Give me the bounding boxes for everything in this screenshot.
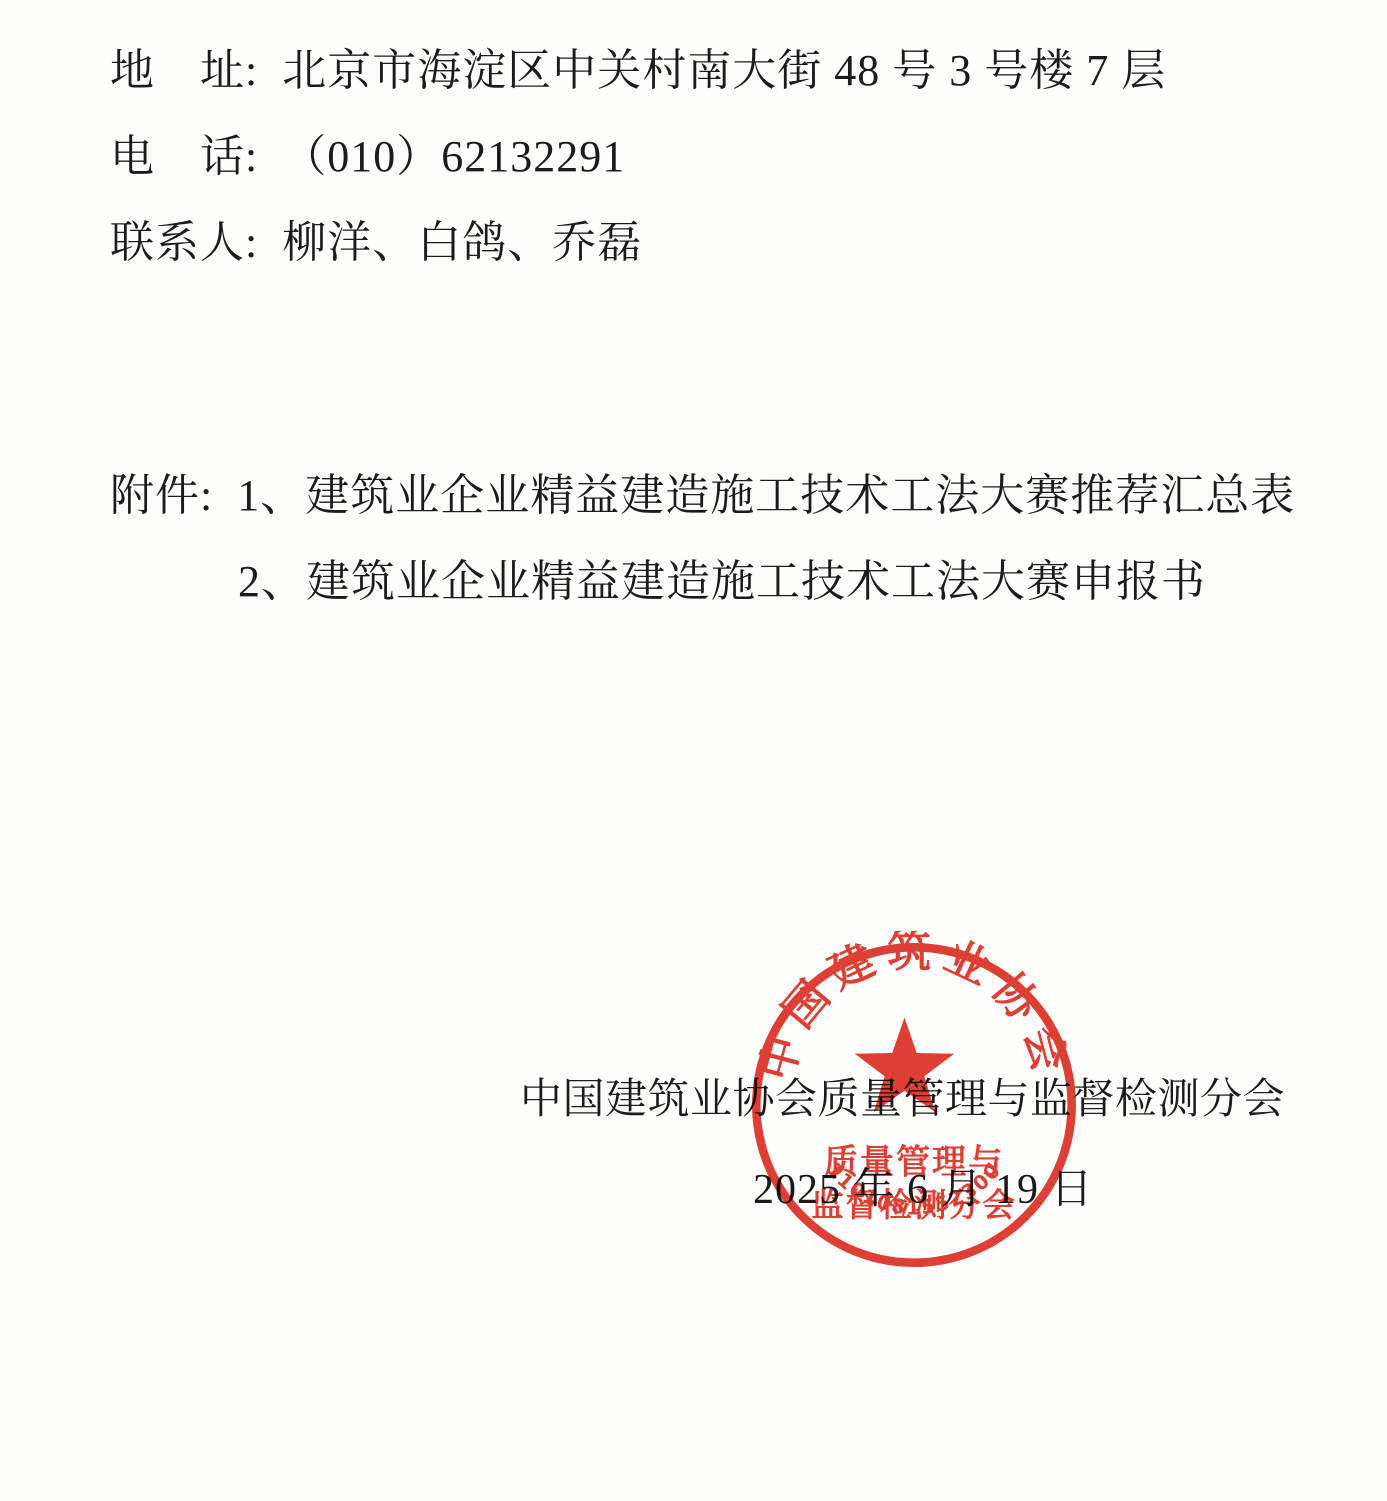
address-line: 地 址: 北京市海淀区中关村南大街 48 号 3 号楼 7 层 xyxy=(110,46,1166,96)
attachments-block: 附件: 1、建筑业企业精益建造施工技术工法大赛推荐汇总表 2、建筑业企业精益建造… xyxy=(110,470,1295,608)
seal-graphic: 中国建筑业协会 质量管理与 监督检测分会 1101081552300 xyxy=(743,931,1085,1279)
attachment-indent xyxy=(110,556,238,608)
document-page: 地 址: 北京市海淀区中关村南大街 48 号 3 号楼 7 层 电 话: （01… xyxy=(0,0,1387,1501)
attachments-label: 附件: xyxy=(110,470,237,522)
attachment-item-1: 1、建筑业企业精益建造施工技术工法大赛推荐汇总表 xyxy=(237,470,1295,522)
official-seal-stamp: 中国建筑业协会 质量管理与 监督检测分会 1101081552300 xyxy=(743,931,1085,1279)
attachment-line-2: 2、建筑业企业精益建造施工技术工法大赛申报书 xyxy=(110,556,1295,608)
attachment-item-2: 2、建筑业企业精益建造施工技术工法大赛申报书 xyxy=(238,556,1206,608)
seal-star-icon xyxy=(855,1018,954,1113)
phone-line: 电 话: （010）62132291 xyxy=(110,132,1166,182)
contact-block: 地 址: 北京市海淀区中关村南大街 48 号 3 号楼 7 层 电 话: （01… xyxy=(110,46,1166,304)
contacts-line: 联系人: 柳洋、白鸽、乔磊 xyxy=(110,218,1166,268)
attachment-line-1: 附件: 1、建筑业企业精益建造施工技术工法大赛推荐汇总表 xyxy=(110,470,1295,522)
